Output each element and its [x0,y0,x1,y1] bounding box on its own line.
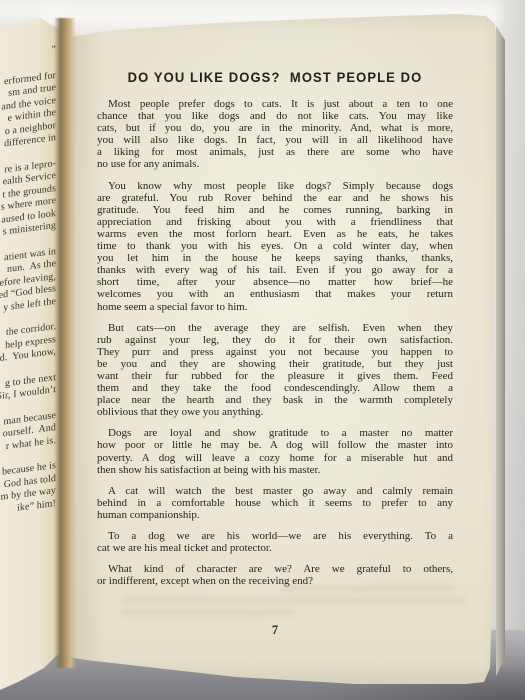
paragraph: To a dog we are his world—we are his eve… [97,530,453,554]
body-line: Dogs are loyal and show gratitude to a m… [97,427,453,439]
body-line: But cats—on the average they are selfish… [97,322,453,334]
body-line: want their fur rubbed for the pleasure i… [97,370,453,382]
page-title: DO YOU LIKE DOGS? MOST PEOPLE DO [97,70,453,86]
body-line: A cat will watch the best master go away… [97,485,453,497]
body-line: warms even the most forlorn heart. Even … [97,228,453,240]
body-line: They purr and press against you not beca… [97,346,453,358]
page-content: DO YOU LIKE DOGS? MOST PEOPLE DO Most pe… [97,70,453,587]
body-line: be you and they are showing their gratit… [97,358,453,370]
show-through [121,609,296,616]
paragraph: You know why most people like dogs? Simp… [97,180,453,313]
right-page: DO YOU LIKE DOGS? MOST PEOPLE DO Most pe… [56,8,506,694]
body-line: are grateful. You rub Rover behind the e… [97,192,453,204]
paragraph: A cat will watch the best master go away… [97,485,453,521]
body-line: What kind of character are we? Are we gr… [97,563,453,575]
body-line: behind in a comfortable house which it s… [97,497,453,509]
body-line: you let him in the house he keeps saying… [97,252,453,264]
show-through [121,597,466,604]
body-line: how poor or little he may be. A dog will… [97,439,453,451]
paragraph: What kind of character are we? Are we gr… [97,563,453,587]
body-line: a liking for most animals, just as there… [97,146,453,158]
paragraph: But cats—on the average they are selfish… [97,322,453,419]
page-stack-top-edge-left [0,0,70,20]
body-line: you will also like dogs. In fact, you wi… [97,134,453,146]
body-line: chance that you like dogs and do not lik… [97,110,453,122]
body-line: short time, after your absence—no matter… [97,276,453,288]
book-gutter [54,18,76,668]
body-line: welcomes you with an enthusiasm that mak… [97,288,453,300]
page-edge [496,26,505,676]
paragraph: Most people prefer dogs to cats. It is j… [97,98,453,171]
body-line: time to thank you with his eyes. On a co… [97,240,453,252]
paragraph: Dogs are loyal and show gratitude to a m… [97,427,453,475]
page-number: 7 [97,623,453,638]
body-line: thanks with every wag of his tail. Even … [97,264,453,276]
body-line: rub against your leg, they do it for the… [97,334,453,346]
body-line: place near the hearth and they bask in t… [97,394,453,406]
body-line: poverty. A dog will leave a cozy home fo… [97,452,453,464]
body-line: appreciation and frisking about you with… [97,216,453,228]
body-line: To a dog we are his world—we are his eve… [97,530,453,542]
show-through [281,585,456,592]
body-line: gratitude. You feed him and he comes run… [97,204,453,216]
body-paragraphs: Most people prefer dogs to cats. It is j… [97,98,453,587]
body-line: You know why most people like dogs? Simp… [97,180,453,192]
body-line: Most people prefer dogs to cats. It is j… [97,98,453,110]
body-line: cats, but if you do, you are in the mino… [97,122,453,134]
body-line: them and they take the food condescendin… [97,382,453,394]
left-page-text: ”erformed forsm and trueand the voicee w… [0,44,56,518]
